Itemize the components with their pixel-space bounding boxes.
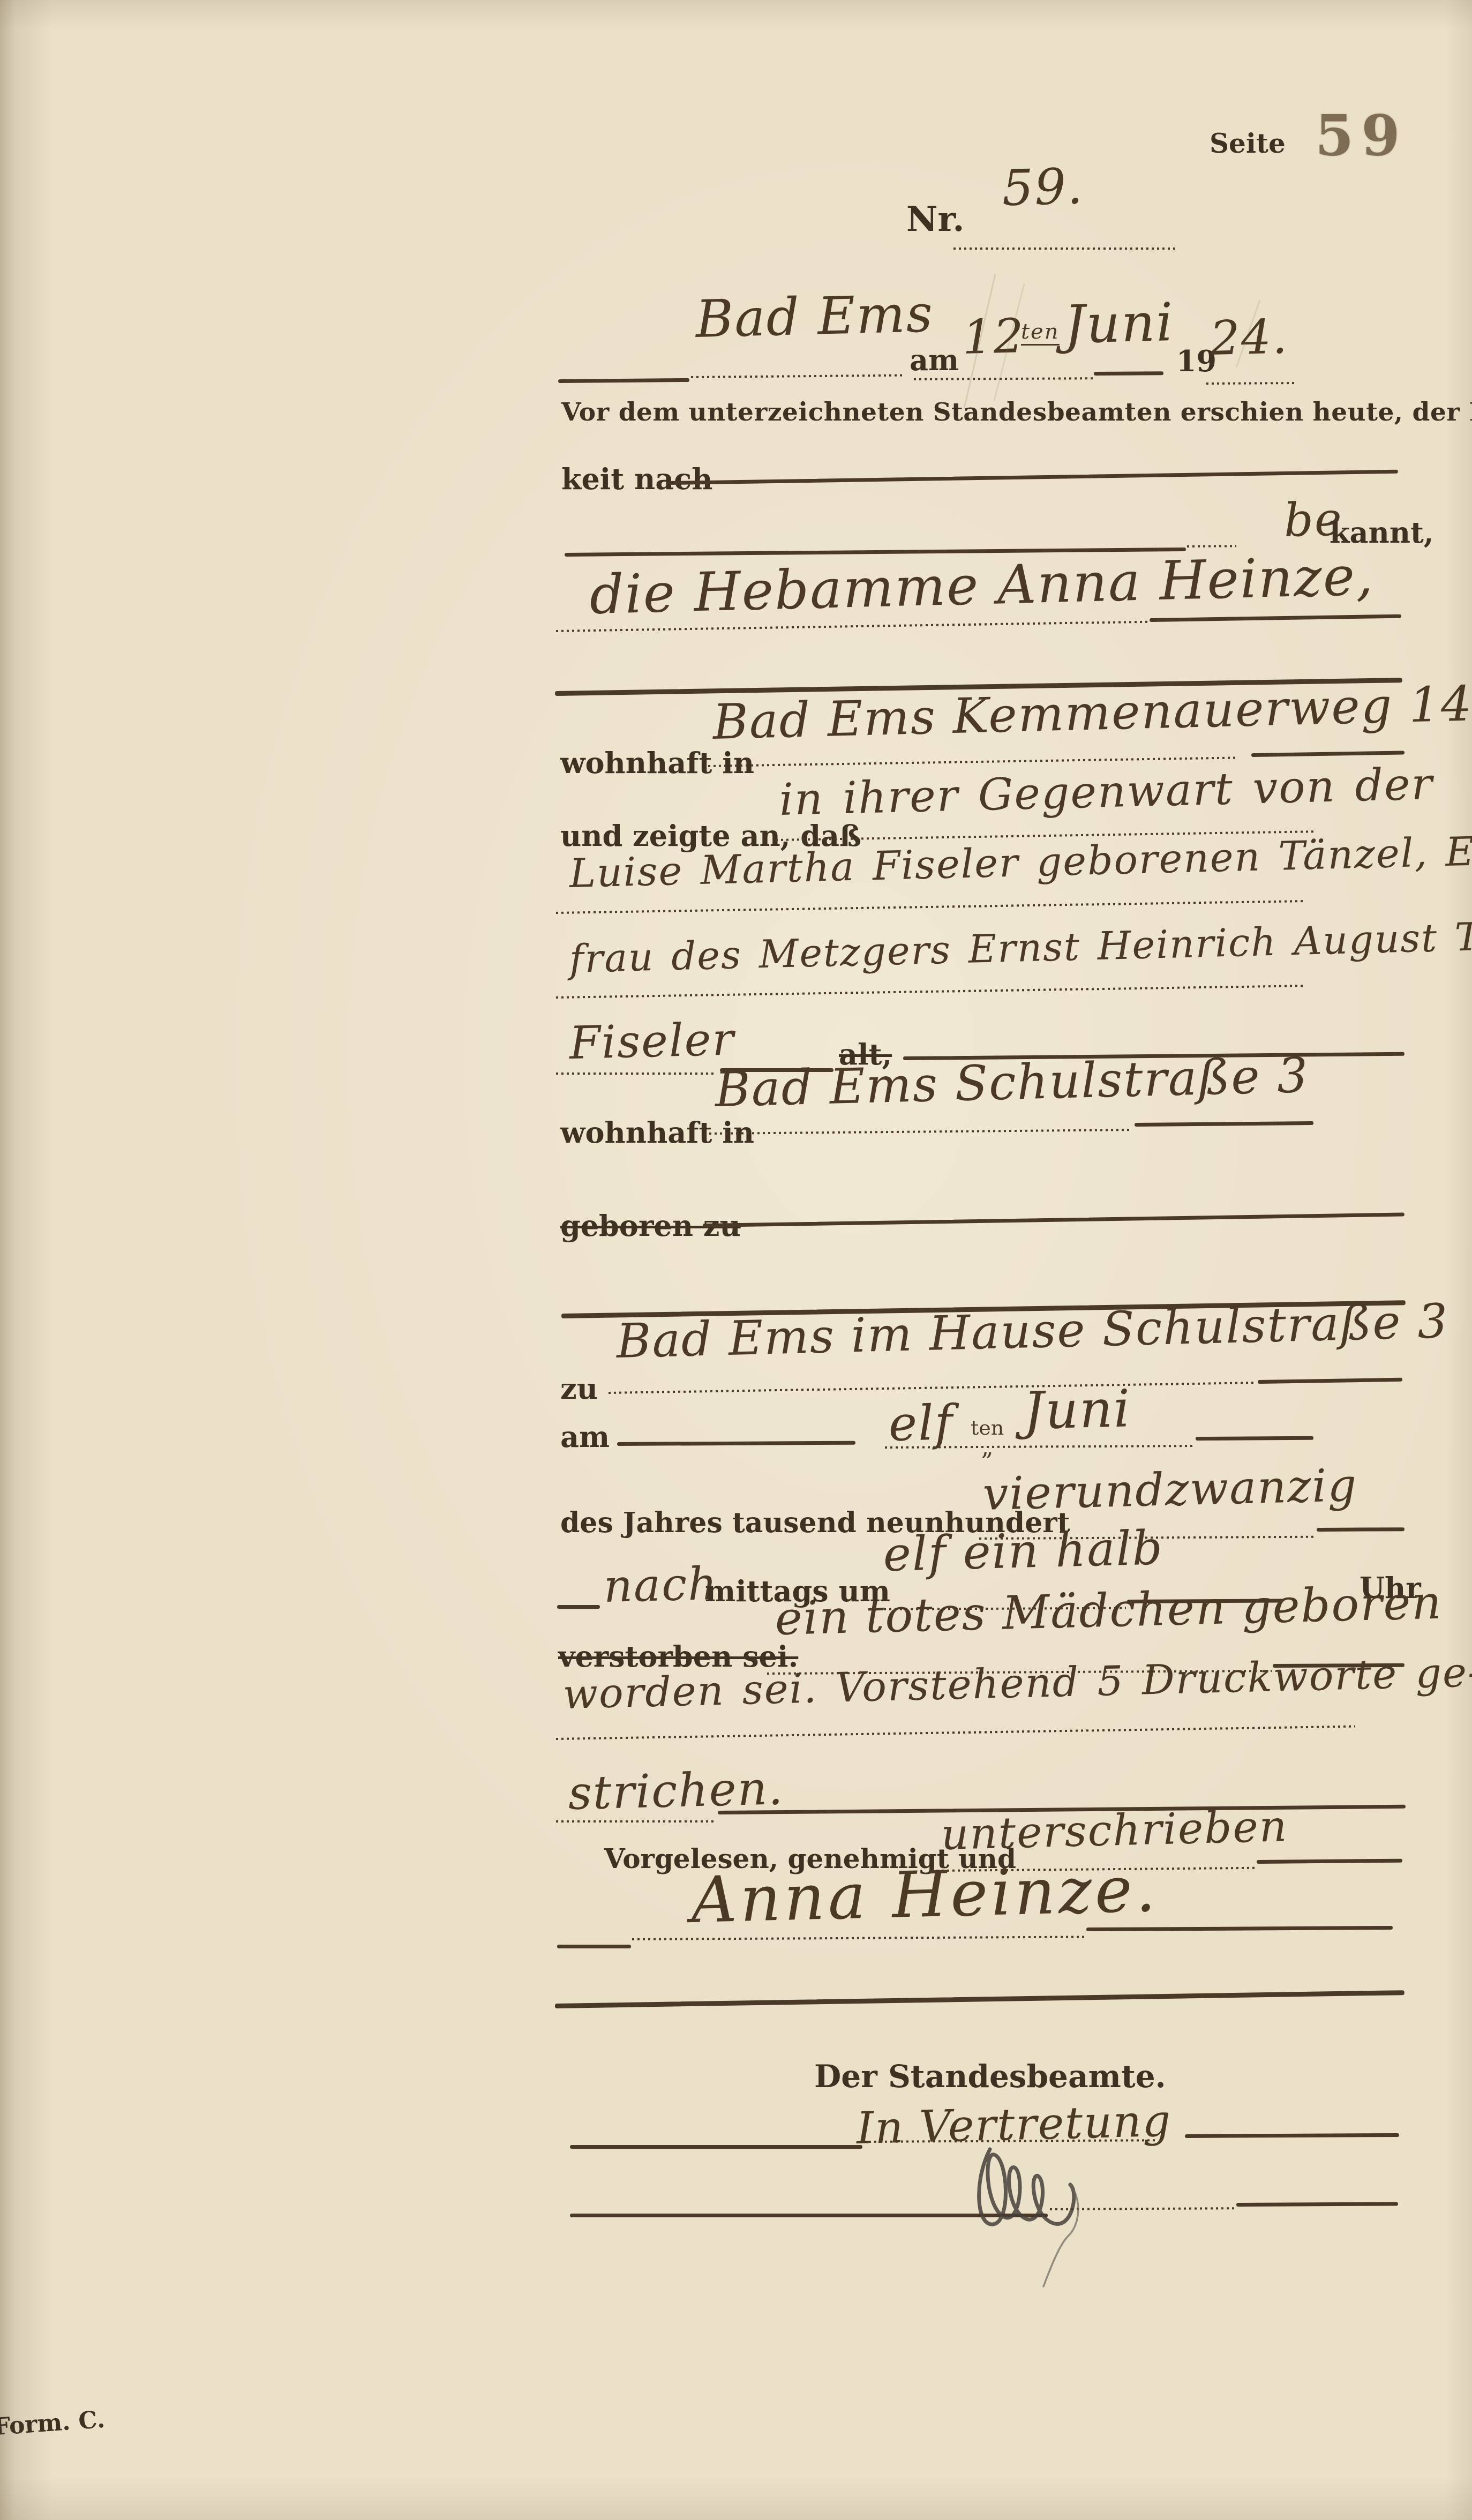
pencil-marks	[0, 0, 1472, 2520]
registry-form-scan: Seite 59 Nr. 59. Bad Ems am 12 ten Juni …	[0, 0, 1472, 2520]
